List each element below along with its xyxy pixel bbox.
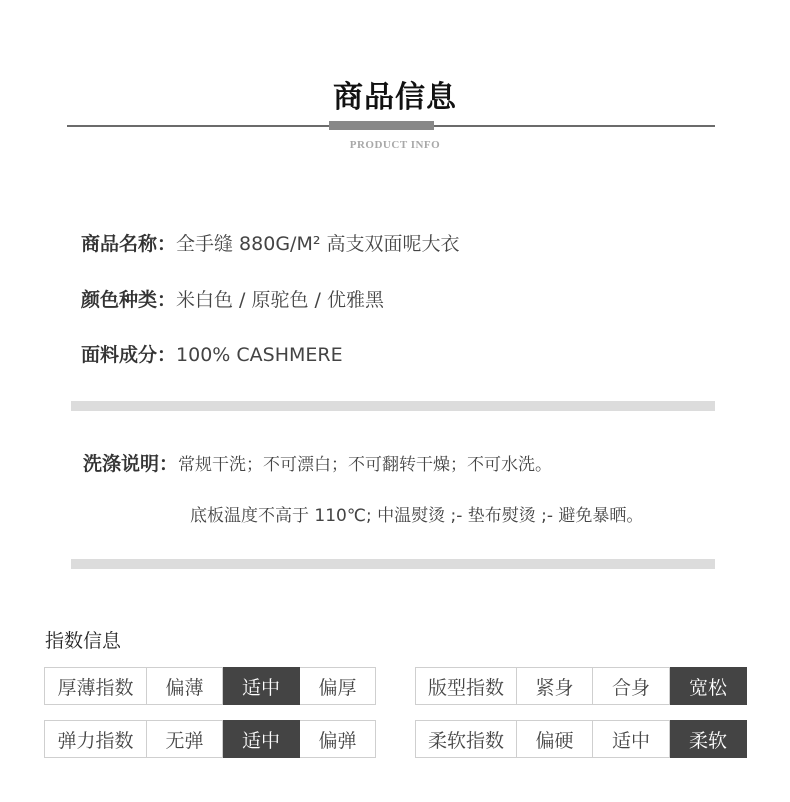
- index-label: 柔软指数: [416, 721, 517, 758]
- index-option-selected: 柔软: [670, 721, 747, 758]
- product-fabric-row: 面料成分：100% CASHMERE: [81, 340, 343, 367]
- index-option: 偏厚: [300, 668, 376, 705]
- care-line-1: 常规干洗；不可漂白；不可翻转干燥；不可水洗。: [178, 455, 552, 475]
- product-fabric-value: 100% CASHMERE: [176, 344, 343, 366]
- title-accent-bar: [329, 121, 434, 130]
- softness-index-table: 柔软指数 偏硬 适中 柔软: [415, 720, 747, 758]
- index-option-selected: 适中: [223, 721, 300, 758]
- product-colors-row: 颜色种类：米白色 / 原驼色 / 优雅黑: [81, 285, 384, 312]
- index-section-title: 指数信息: [45, 626, 121, 653]
- product-name-label: 商品名称：: [81, 233, 176, 255]
- index-option: 偏硬: [517, 721, 593, 758]
- section-divider: [71, 401, 715, 411]
- care-label: 洗涤说明：: [83, 453, 178, 475]
- care-row: 洗涤说明：常规干洗；不可漂白；不可翻转干燥；不可水洗。: [83, 449, 552, 476]
- index-option: 偏弹: [300, 721, 376, 758]
- thickness-index-table: 厚薄指数 偏薄 适中 偏厚: [44, 667, 376, 705]
- index-option-selected: 宽松: [670, 668, 747, 705]
- product-name-row: 商品名称：全手缝 880G/M² 高支双面呢大衣: [81, 229, 460, 256]
- fit-index-table: 版型指数 紧身 合身 宽松: [415, 667, 747, 705]
- index-label: 厚薄指数: [45, 668, 147, 705]
- index-option: 无弹: [147, 721, 223, 758]
- index-option: 适中: [593, 721, 670, 758]
- index-label: 版型指数: [416, 668, 517, 705]
- index-option: 合身: [593, 668, 670, 705]
- page-subtitle: PRODUCT INFO: [0, 139, 790, 151]
- elasticity-index-table: 弹力指数 无弹 适中 偏弹: [44, 720, 376, 758]
- product-name-value: 全手缝 880G/M² 高支双面呢大衣: [176, 233, 459, 255]
- page-title: 商品信息: [0, 72, 790, 116]
- product-colors-value: 米白色 / 原驼色 / 优雅黑: [176, 289, 384, 311]
- care-line-2: 底板温度不高于 110℃; 中温熨烫 ;- 垫布熨烫 ;- 避免暴晒。: [190, 501, 643, 526]
- product-fabric-label: 面料成分：: [81, 344, 176, 366]
- product-colors-label: 颜色种类：: [81, 289, 176, 311]
- section-divider: [71, 559, 715, 569]
- index-option: 偏薄: [147, 668, 223, 705]
- index-option: 紧身: [517, 668, 593, 705]
- index-label: 弹力指数: [45, 721, 147, 758]
- index-option-selected: 适中: [223, 668, 300, 705]
